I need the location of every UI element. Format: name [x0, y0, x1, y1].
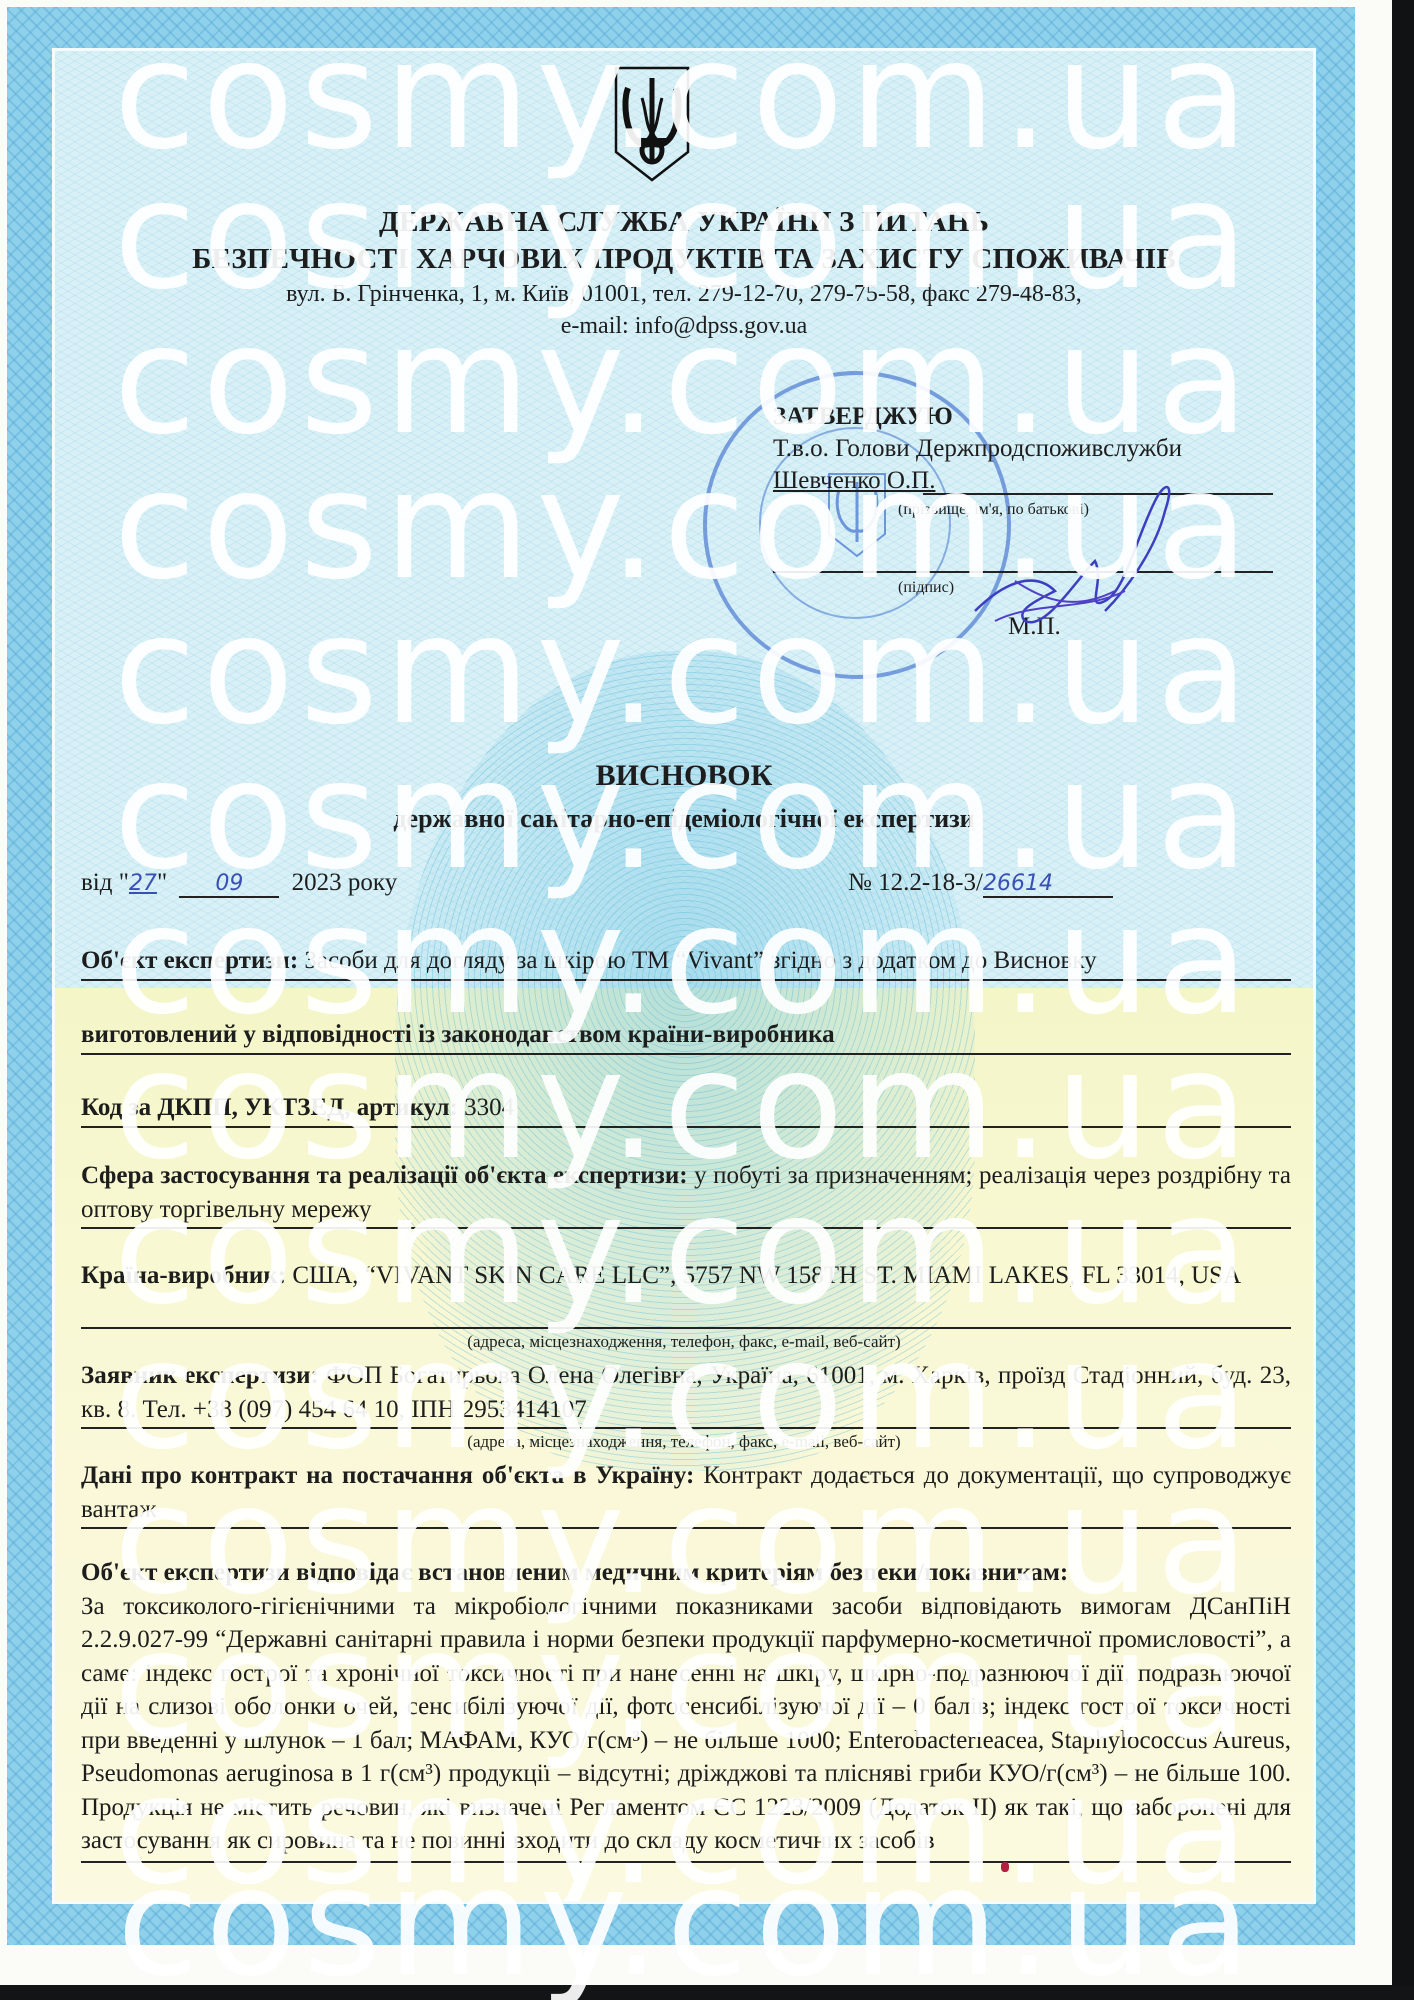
- applicant-caption: (адреса, місцезнаходження, телефон, факс…: [55, 1432, 1313, 1452]
- agency-title-line1: ДЕРЖАВНА СЛУЖБА УКРАЇНИ З ПИТАНЬ: [55, 206, 1313, 239]
- signature-caption: (підпис): [898, 579, 954, 597]
- trident-coat-of-arms-icon: [612, 64, 692, 184]
- field-object: Об'єкт експертизи: Засоби для догляду за…: [81, 944, 1291, 978]
- contract-label: Дані про контракт на постачання об'єкта …: [81, 1462, 694, 1489]
- conclusion-underline: [81, 1861, 1291, 1863]
- number-handwritten: 26614: [983, 871, 1113, 898]
- field-applicant: Заявник експертизи: ФОП Богатирьова Олен…: [81, 1359, 1291, 1427]
- applicant-underline: [81, 1427, 1291, 1429]
- country-caption: (адреса, місцезнаходження, телефон, факс…: [55, 1332, 1313, 1352]
- scan-edge-bottom: [0, 1985, 1414, 2000]
- document-subtitle: державної санітарно-епідеміологічної екс…: [55, 804, 1313, 834]
- field-code: Код за ДКПП, УКТЗЕД, артикул: 3304: [81, 1091, 1291, 1125]
- code-underline: [81, 1126, 1291, 1128]
- approver-name: Шевченко О.П.: [773, 467, 935, 495]
- document-page: ДЕРЖАВНА СЛУЖБА УКРАЇНИ З ПИТАНЬ БЕЗПЕЧН…: [52, 48, 1316, 1904]
- approver-position: Т.в.о. Голови Держпродспоживслужби: [773, 435, 1182, 463]
- scan-edge-right: [1392, 0, 1414, 2000]
- code-label: Код за ДКПП, УКТЗЕД, артикул:: [81, 1094, 458, 1121]
- number-prefix: № 12.2-18-3/: [848, 869, 983, 896]
- approval-title: ЗАТВЕРДЖУЮ: [773, 403, 953, 431]
- object-label: Об'єкт експертизи:: [81, 947, 298, 974]
- conclusion-heading: Об'єкт експертизи відповідає встановлени…: [81, 1556, 1291, 1590]
- red-ink-mark: [1001, 1862, 1009, 1872]
- pen-mark: [163, 1903, 213, 1904]
- contract-underline: [81, 1527, 1291, 1529]
- document-title: ВИСНОВОК: [55, 759, 1313, 793]
- document-number: № 12.2-18-3/26614: [848, 869, 1113, 898]
- country-value: США, “VIVANT SKIN CARE LLC”, 5757 NW 158…: [292, 1262, 1241, 1289]
- date-day: 27: [129, 871, 157, 896]
- conclusion-block: Об'єкт експертизи відповідає встановлени…: [81, 1556, 1291, 1858]
- agency-address: вул. Б. Грінченка, 1, м. Київ, 01001, те…: [55, 281, 1313, 308]
- manufactured-underline: [81, 1053, 1291, 1055]
- date-prefix: від ": [81, 869, 129, 896]
- country-underline: [81, 1327, 1291, 1329]
- agency-email: e-mail: info@dpss.gov.ua: [55, 313, 1313, 340]
- date-year: 2023 року: [292, 869, 398, 896]
- object-underline: [81, 979, 1291, 981]
- country-label: Країна-виробник:: [81, 1262, 286, 1289]
- scope-underline: [81, 1227, 1291, 1229]
- date-quote: ": [157, 869, 167, 896]
- field-scope: Сфера застосування та реалізації об'єкта…: [81, 1159, 1291, 1227]
- field-manufactured: виготовлений у відповідності із законода…: [81, 1018, 1291, 1052]
- date-month: 09: [179, 871, 279, 898]
- agency-title-line2: БЕЗПЕЧНОСТІ ХАРЧОВИХ ПРОДУКТІВ ТА ЗАХИСТ…: [55, 243, 1313, 276]
- object-value: Засоби для догляду за шкірою ТМ “Vivant”…: [304, 947, 1096, 974]
- security-border-frame: ДЕРЖАВНА СЛУЖБА УКРАЇНИ З ПИТАНЬ БЕЗПЕЧН…: [7, 7, 1355, 1945]
- issue-date: від "27" 09 2023 року: [81, 869, 397, 898]
- document-content: ДЕРЖАВНА СЛУЖБА УКРАЇНИ З ПИТАНЬ БЕЗПЕЧН…: [55, 51, 1313, 1901]
- applicant-label: Заявник експертизи:: [81, 1362, 319, 1389]
- handwritten-signature: [955, 471, 1195, 651]
- field-contract: Дані про контракт на постачання об'єкта …: [81, 1459, 1291, 1527]
- code-value: 3304: [464, 1094, 514, 1121]
- scope-label: Сфера застосування та реалізації об'єкта…: [81, 1162, 688, 1189]
- field-country: Країна-виробник: США, “VIVANT SKIN CARE …: [81, 1259, 1291, 1293]
- conclusion-text: За токсиколого-гігієнічними та мікробіол…: [81, 1590, 1291, 1858]
